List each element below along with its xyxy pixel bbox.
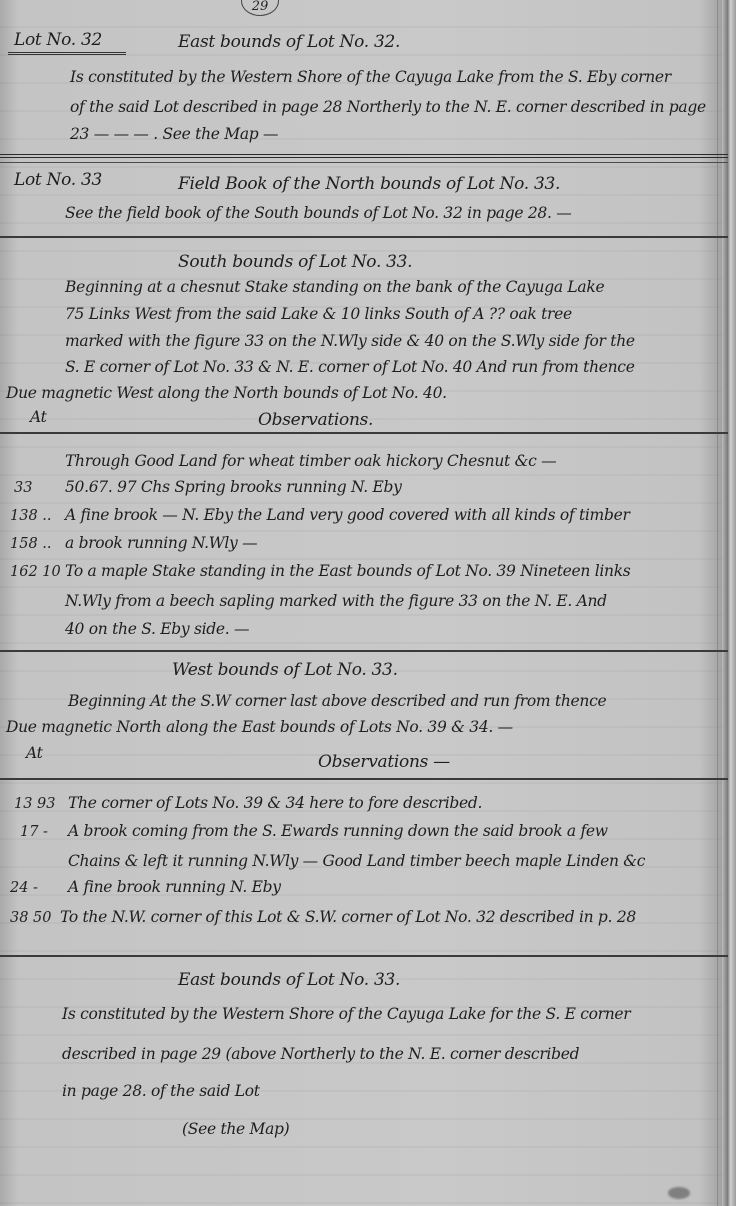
lot-33-south-line: marked with the figure 33 on the N.Wly s… [65, 332, 635, 350]
observation-chains: 13 93 [14, 796, 56, 812]
lot-33-south-line: Due magnetic West along the North bounds… [6, 384, 447, 402]
observation-text: To the N.W. corner of this Lot & S.W. co… [60, 908, 636, 926]
lot-32-east-line: of the said Lot described in page 28 Nor… [70, 98, 706, 116]
observation-text: Through Good Land for wheat timber oak h… [65, 452, 556, 470]
manuscript-page: 29 Lot No. 32 East bounds of Lot No. 32.… [0, 0, 736, 1206]
lot-33-west-line: Beginning At the S.W corner last above d… [68, 692, 606, 710]
lot-33-north-line: See the field book of the South bounds o… [65, 204, 571, 222]
observation-text: a brook running N.Wly — [65, 534, 257, 552]
observation-text: To a maple Stake standing in the East bo… [65, 562, 630, 580]
lot-33-south-line: 75 Links West from the said Lake & 10 li… [65, 305, 572, 323]
observation-text: A fine brook running N. Eby [68, 878, 281, 896]
section-divider [0, 955, 728, 957]
observation-text: 50.67. 97 Chs Spring brooks running N. E… [65, 478, 402, 496]
at-column-header: At [26, 744, 43, 762]
lot-33-west-line: Due magnetic North along the East bounds… [6, 718, 513, 736]
see-the-map-note: (See the Map) [182, 1120, 289, 1138]
lot-33-south-heading: South bounds of Lot No. 33. [178, 252, 412, 272]
observations-header: Observations — [318, 752, 450, 772]
lot-33-north-heading: Field Book of the North bounds of Lot No… [178, 174, 560, 194]
lot-33-east-line: in page 28. of the said Lot [62, 1082, 260, 1100]
observation-text: The corner of Lots No. 39 & 34 here to f… [68, 794, 482, 812]
observation-chains: 24 - [10, 880, 38, 896]
lot-32-east-line: Is constituted by the Western Shore of t… [70, 68, 671, 86]
section-divider [0, 162, 728, 163]
observation-text: Chains & left it running N.Wly — Good La… [68, 852, 645, 870]
ink-stain [668, 1187, 690, 1199]
section-divider [0, 154, 728, 158]
lot-32-underline [8, 52, 126, 55]
observation-text: 40 on the S. Eby side. — [65, 620, 249, 638]
observation-chains: 17 - [20, 824, 48, 840]
section-divider [0, 432, 728, 434]
lot-33-label: Lot No. 33 [14, 170, 102, 190]
lot-33-west-heading: West bounds of Lot No. 33. [172, 660, 398, 680]
lot-33-east-heading: East bounds of Lot No. 33. [178, 970, 400, 990]
margin-line [717, 0, 718, 1206]
observations-header: Observations. [258, 410, 373, 430]
observation-text: A brook coming from the S. Ewards runnin… [68, 822, 608, 840]
page-edge [722, 0, 736, 1206]
observation-chains: 33 [14, 480, 32, 496]
observation-text: A fine brook — N. Eby the Land very good… [65, 506, 630, 524]
lot-32-label: Lot No. 32 [14, 30, 102, 50]
lot-33-east-line: described in page 29 (above Northerly to… [62, 1045, 579, 1063]
lot-33-south-line: Beginning at a chesnut Stake standing on… [65, 278, 604, 296]
lot-32-east-line: 23 — — — . See the Map — [70, 125, 278, 143]
section-divider [0, 650, 728, 652]
observation-chains: 162 10 [10, 564, 61, 580]
section-divider [0, 236, 728, 238]
observation-chains: 38 50 [10, 910, 52, 926]
at-column-header: At [30, 408, 47, 426]
observation-chains: 138 .. [10, 508, 52, 524]
observation-text: N.Wly from a beech sapling marked with t… [65, 592, 607, 610]
page-number: 29 [241, 0, 279, 16]
lot-33-east-line: Is constituted by the Western Shore of t… [62, 1005, 630, 1023]
lot-33-south-line: S. E corner of Lot No. 33 & N. E. corner… [65, 358, 635, 376]
observation-chains: 158 .. [10, 536, 52, 552]
section-divider [0, 778, 728, 780]
lot-32-east-heading: East bounds of Lot No. 32. [178, 32, 400, 52]
